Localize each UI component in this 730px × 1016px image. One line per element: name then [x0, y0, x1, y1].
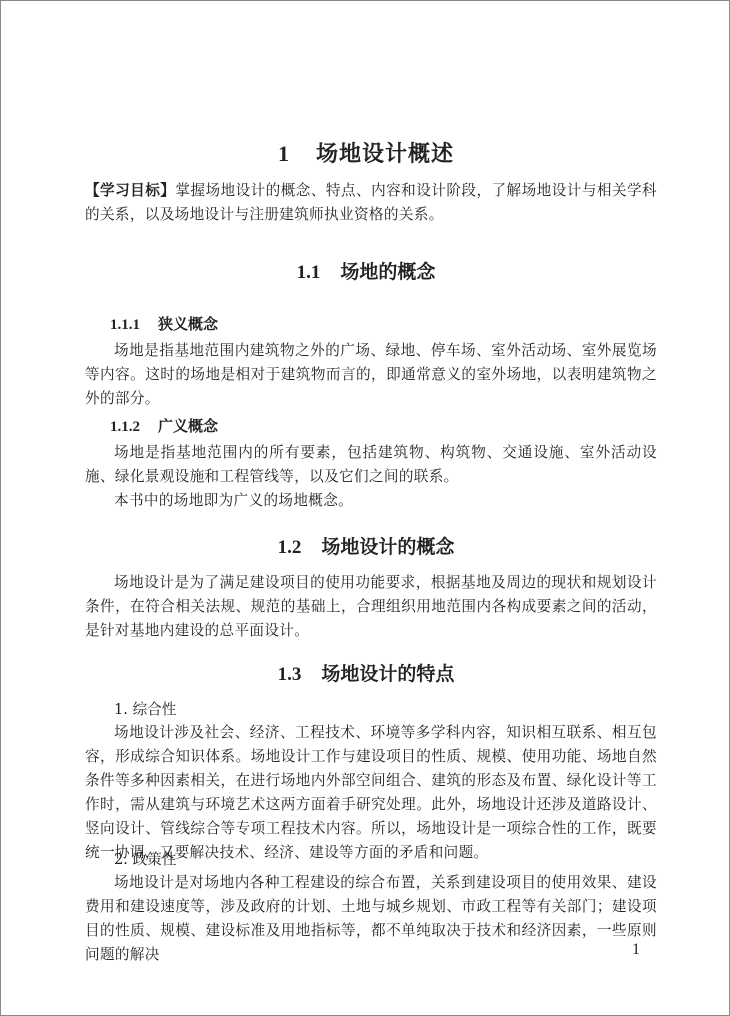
list-item-label: 1. 综合性: [114, 698, 176, 719]
section-number: 1.1: [297, 262, 321, 283]
paragraph: 场地设计是对场地内各种工程建设的综合布置，关系到建设项目的使用效果、建设费用和建…: [85, 871, 657, 967]
section-title: 场地的概念: [340, 261, 435, 283]
chapter-number: 1: [278, 141, 290, 166]
section-number: 1.3: [278, 664, 302, 685]
paragraph: 场地设计涉及社会、经济、工程技术、环境等多学科内容，知识相互联系、相互包容，形成…: [85, 721, 657, 865]
chapter-title-text: 场地设计概述: [316, 142, 454, 167]
section-heading-1-2: 1.2场地设计的概念: [1, 532, 730, 559]
paragraph: 本书中的场地即为广义的场地概念。: [85, 489, 657, 513]
subsection-heading-1-1-2: 1.1.2广义概念: [110, 415, 218, 436]
paragraph: 场地设计是为了满足建设项目的使用功能要求，根据基地及周边的现状和规划设计条件，在…: [85, 571, 657, 643]
subsection-heading-1-1-1: 1.1.1狭义概念: [110, 313, 218, 334]
page-number: 1: [632, 941, 640, 959]
section-heading-1-3: 1.3场地设计的特点: [1, 659, 730, 686]
subsection-number: 1.1.1: [110, 317, 140, 333]
paragraph: 场地是指基地范围内建筑物之外的广场、绿地、停车场、室外活动场、室外展览场等内容。…: [85, 339, 657, 411]
list-item-label: 2. 政策性: [114, 848, 176, 869]
paragraph: 场地是指基地范围内的所有要素，包括建筑物、构筑物、交通设施、室外活动设施、绿化景…: [85, 441, 657, 489]
subsection-title: 广义概念: [158, 417, 218, 435]
section-title: 场地设计的特点: [321, 663, 454, 685]
subsection-number: 1.1.2: [110, 419, 140, 435]
chapter-title: 1场地设计概述: [1, 137, 730, 168]
objective-label: 【学习目标】: [85, 182, 175, 199]
section-title: 场地设计的概念: [321, 536, 454, 558]
learning-objective: 【学习目标】掌握场地设计的概念、特点、内容和设计阶段，了解场地设计与相关学科的关…: [85, 179, 657, 227]
section-heading-1-1: 1.1场地的概念: [1, 257, 730, 284]
document-page: 1场地设计概述 【学习目标】掌握场地设计的概念、特点、内容和设计阶段，了解场地设…: [0, 0, 730, 1016]
section-number: 1.2: [278, 537, 302, 558]
subsection-title: 狭义概念: [158, 315, 218, 333]
